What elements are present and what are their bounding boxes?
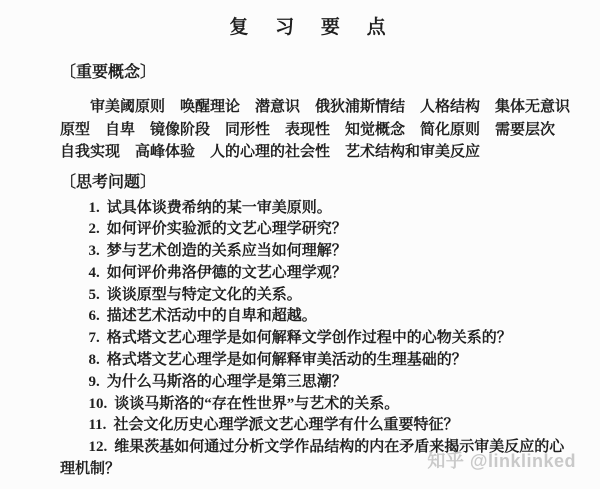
question-text: 社会文化历史心理学派文艺心理学有什么重要特征？ — [113, 417, 458, 433]
question-text: 格式塔文艺心理学是如何解释审美活动的生理基础的？ — [107, 352, 467, 368]
question-text: 为什么马斯洛的心理学是第三思潮？ — [107, 374, 347, 390]
question-item-6: 6.描述艺术活动中的自卑和超越。 — [60, 306, 576, 328]
question-item-8: 8.格式塔文艺心理学是如何解释审美活动的生理基础的？ — [60, 350, 576, 372]
question-item-11: 11.社会文化历史心理学派文艺心理学有什么重要特征？ — [60, 415, 576, 437]
question-text: 格式塔文艺心理学是如何解释文学创作过程中的心物关系的？ — [107, 330, 512, 346]
concepts-block: 审美阈原则 唤醒理论 潜意识 俄狄浦斯情结 人格结构 集体无意识 原型 自卑 镜… — [60, 96, 576, 164]
question-text: 谈谈马斯洛的“存在性世界”与艺术的关系。 — [114, 396, 399, 412]
question-number: 7. — [89, 330, 100, 346]
question-number: 10. — [89, 396, 108, 412]
question-item-3: 3.梦与艺术创造的关系应当如何理解？ — [60, 241, 576, 263]
document-body: 〔重要概念〕 审美阈原则 唤醒理论 潜意识 俄狄浦斯情结 人格结构 集体无意识 … — [0, 63, 600, 481]
question-text: 试具体谈费希纳的某一审美原则。 — [107, 200, 332, 216]
questions-list: 1.试具体谈费希纳的某一审美原则。 2.如何评价实验派的文艺心理学研究？ 3.梦… — [60, 198, 576, 481]
concept-line: 审美阈原则 唤醒理论 潜意识 俄狄浦斯情结 人格结构 集体无意识 — [60, 96, 576, 119]
question-number: 9. — [89, 374, 100, 390]
question-number: 6. — [89, 308, 100, 324]
question-number: 11. — [89, 417, 107, 433]
question-item-4: 4.如何评价弗洛伊德的文艺心理学观？ — [60, 263, 576, 285]
question-number: 5. — [89, 287, 100, 303]
zhihu-watermark: 知乎 @linklinked — [427, 451, 576, 472]
question-number: 2. — [89, 221, 100, 237]
question-item-1: 1.试具体谈费希纳的某一审美原则。 — [60, 198, 576, 220]
question-item-2: 2.如何评价实验派的文艺心理学研究？ — [60, 219, 576, 241]
section-header-concepts: 〔重要概念〕 — [60, 63, 576, 83]
question-number: 8. — [89, 352, 100, 368]
question-text: 如何评价实验派的文艺心理学研究？ — [107, 221, 347, 237]
document-page: 复 习 要 点 〔重要概念〕 审美阈原则 唤醒理论 潜意识 俄狄浦斯情结 人格结… — [0, 0, 600, 489]
question-item-7: 7.格式塔文艺心理学是如何解释文学创作过程中的心物关系的？ — [60, 328, 576, 350]
question-number: 4. — [89, 265, 100, 281]
question-text: 梦与艺术创造的关系应当如何理解？ — [107, 243, 347, 259]
question-item-9: 9.为什么马斯洛的心理学是第三思潮？ — [60, 372, 576, 394]
question-text: 描述艺术活动中的自卑和超越。 — [107, 308, 317, 324]
question-text: 如何评价弗洛伊德的文艺心理学观？ — [107, 265, 347, 281]
concept-line: 原型 自卑 镜像阶段 同形性 表现性 知觉概念 简化原则 需要层次 — [60, 119, 576, 142]
page-title: 复 习 要 点 — [0, 0, 600, 39]
concept-line: 自我实现 高峰体验 人的心理的社会性 艺术结构和审美反应 — [60, 141, 576, 164]
question-number: 1. — [89, 200, 100, 216]
question-number: 3. — [89, 243, 100, 259]
section-header-questions: 〔思考问题〕 — [60, 173, 576, 193]
question-text: 谈谈原型与特定文化的关系。 — [107, 287, 302, 303]
question-item-5: 5.谈谈原型与特定文化的关系。 — [60, 285, 576, 307]
question-number: 12. — [89, 439, 108, 455]
question-item-10: 10.谈谈马斯洛的“存在性世界”与艺术的关系。 — [60, 394, 576, 416]
